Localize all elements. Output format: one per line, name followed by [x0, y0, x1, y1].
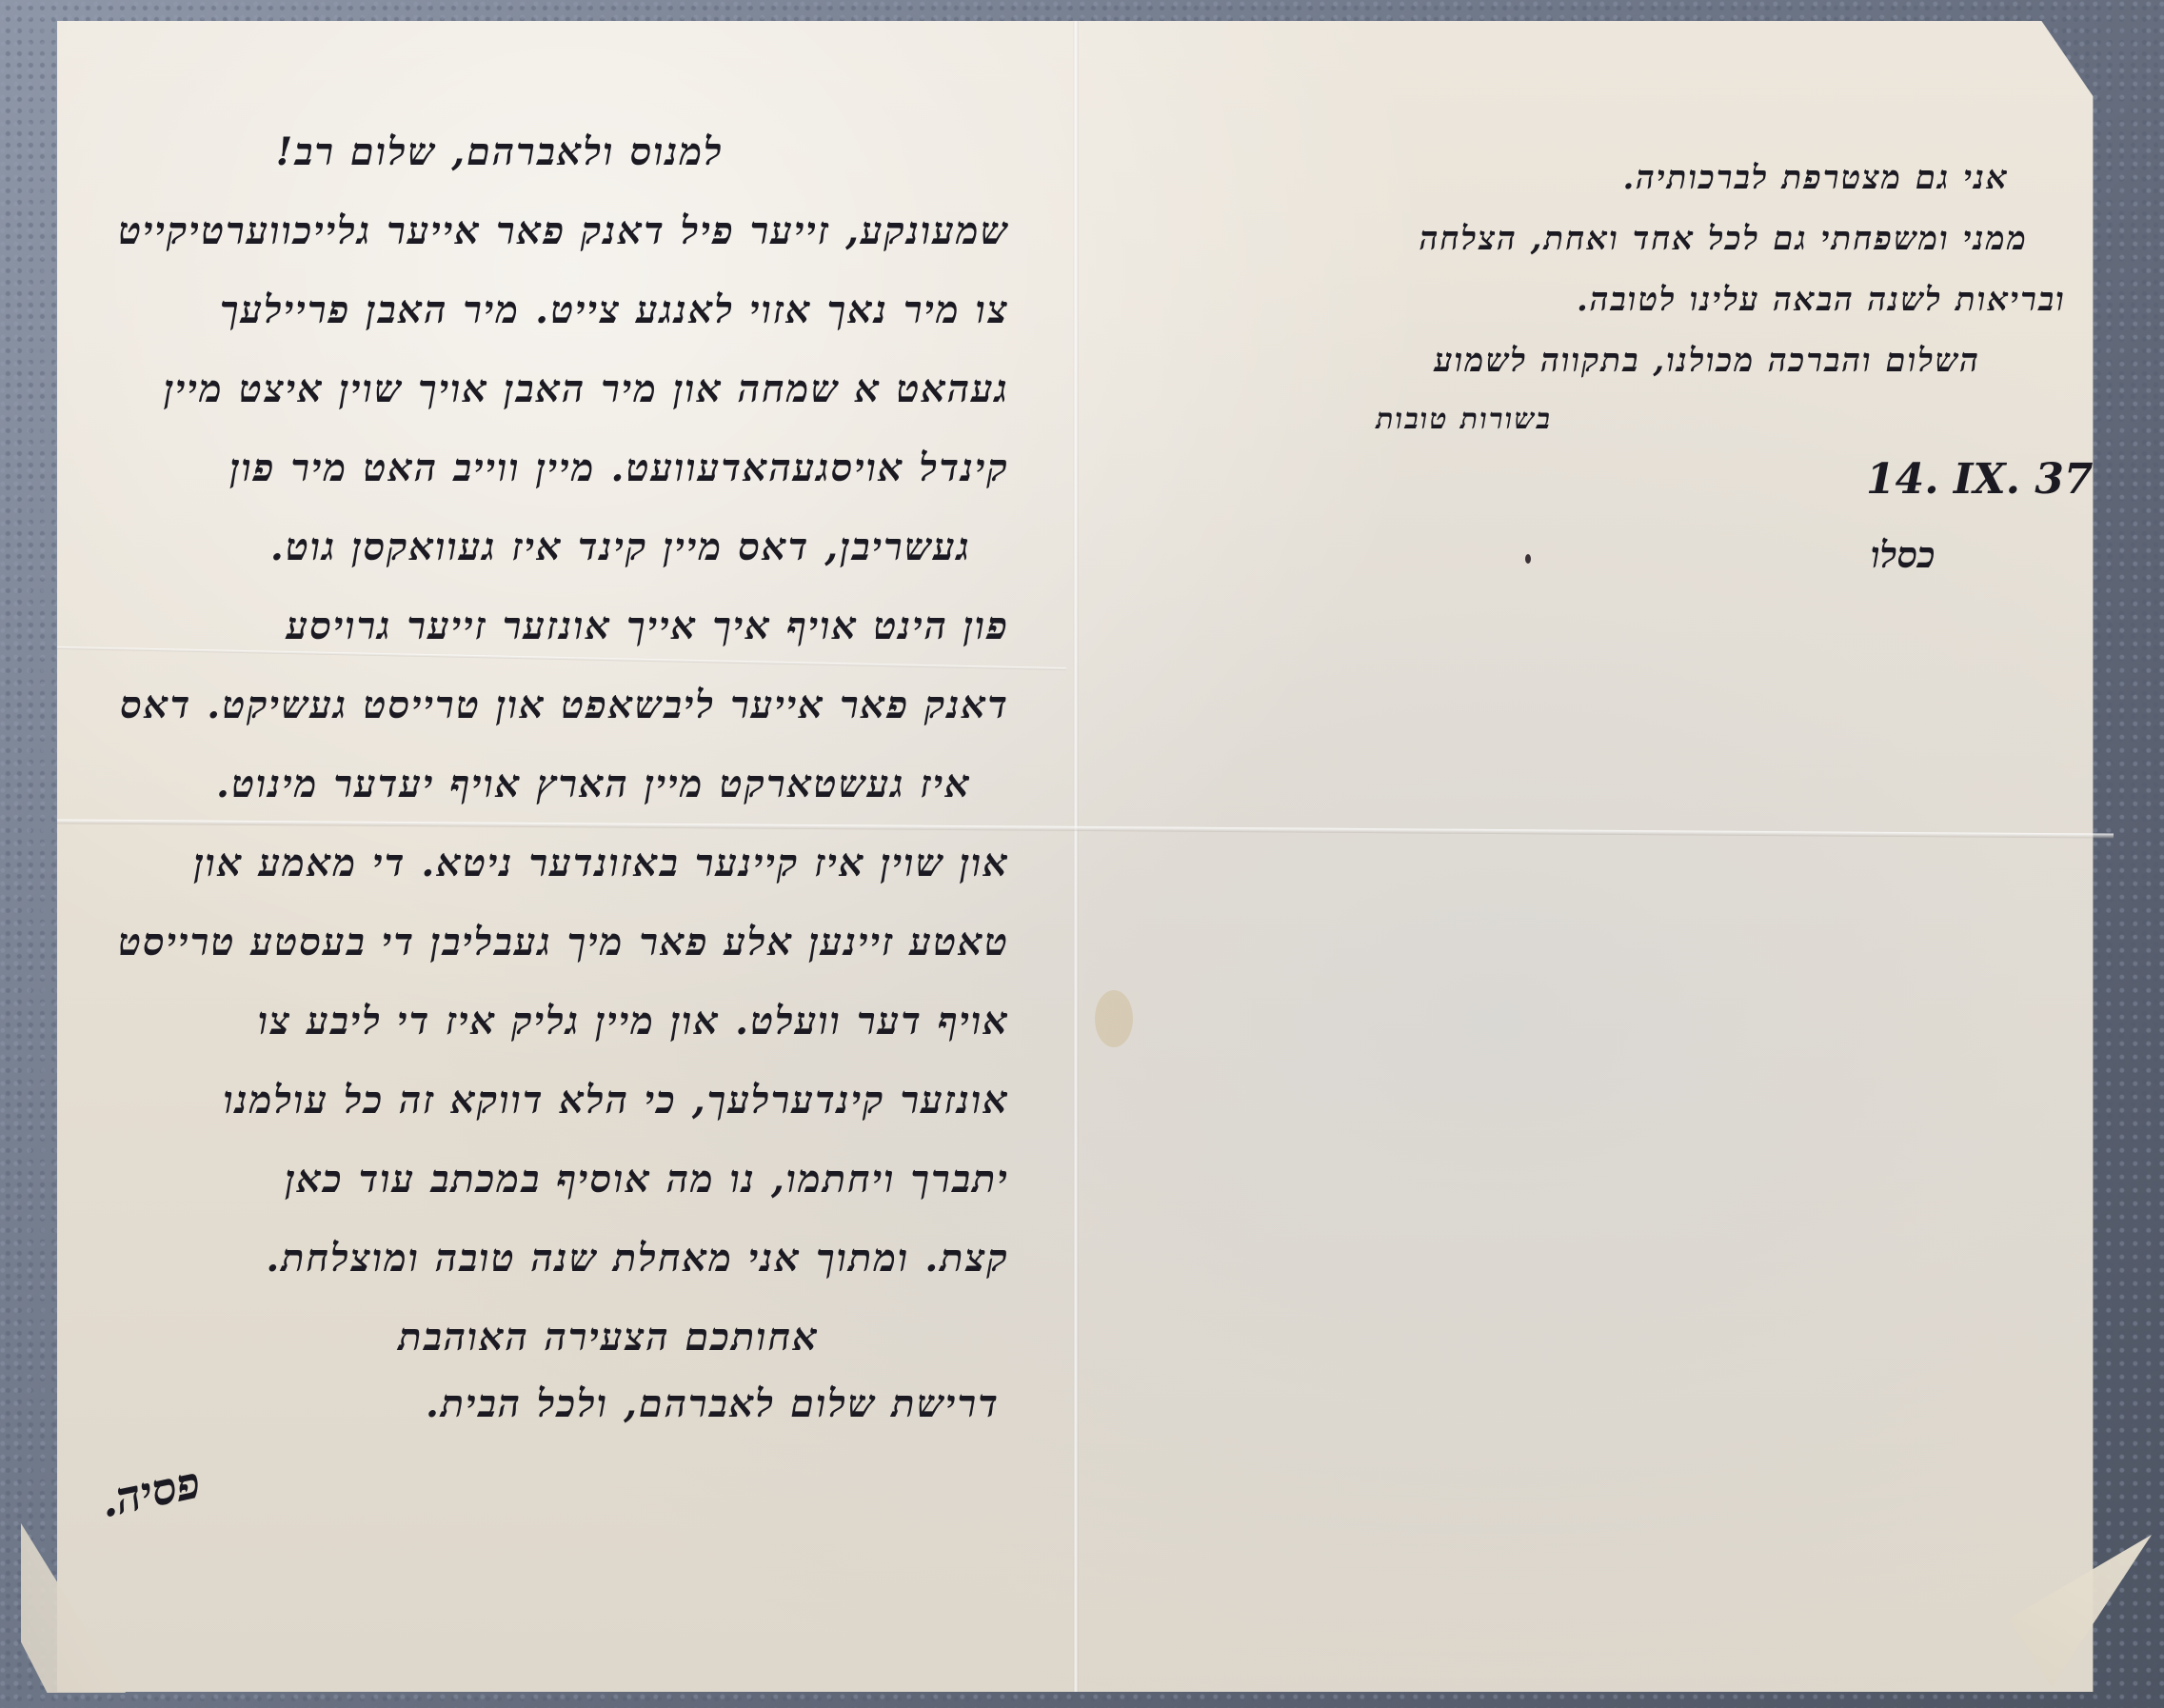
closing-note: דרישת שלום לאברהם, ולכל הבית. — [95, 1385, 1009, 1464]
letter-line: אני גם מצטרפת לברכותיה. — [1171, 162, 2066, 223]
letter-line: קצת. ומתוך אני מאחלת שנה טובה ומוצלחת. — [95, 1240, 1009, 1319]
letter-line: און שוין איז קיינער באזונדער ניטא. די מא… — [95, 844, 1009, 924]
letter-date: 14. IX. 37 — [1866, 455, 2093, 504]
letter-line: צו מיר נאך אזוי לאנגע צייט. מיר האבן פרי… — [95, 291, 1009, 370]
letter-line: שמעונקע, זייער פיל דאנק פאר אייער גלייכו… — [95, 212, 1009, 291]
letter-line: טאטע זיינען אלע פאר מיך געבליבן די בעסטע… — [95, 924, 1009, 1003]
letter-line: געשריבן, דאס מיין קינד איז געוואקסן גוט. — [95, 528, 1009, 607]
letter-line: יתברך ויחתמו, נו מה אוסיף במכתב עוד כאן — [95, 1161, 1009, 1240]
letter-line: קינדל אויסגעהאדעוועט. מיין ווייב האט מיר… — [95, 449, 1009, 528]
letter-line: פון הינט אויף איך אייך אונזער זייער גרוי… — [95, 607, 1009, 686]
paper-stain — [1095, 990, 1133, 1047]
greeting: למנוס ולאברהם, שלום רב! — [95, 133, 1009, 212]
letter-line: השלום והברכה מכולנו, בתקווה לשמוע — [1171, 345, 2066, 406]
ink-dot — [1525, 554, 1531, 564]
vertical-fold-crease — [1073, 21, 1079, 1692]
right-page-text: אני גם מצטרפת לברכותיה. ממני ומשפחתי גם … — [1171, 162, 2066, 440]
letter-line: אונזער קינדערלעך, כי הלא דווקא זה כל עול… — [95, 1082, 1009, 1161]
letter-line: בשורות טובות — [1171, 406, 2066, 440]
left-page-text: למנוס ולאברהם, שלום רב! שמעונקע, זייער פ… — [95, 133, 1009, 1464]
letter-line: איז געשטארקט מיין הארץ אויף יעדער מינוט. — [95, 765, 1009, 844]
letter-line: ממני ומשפחתי גם לכל אחד ואחת, הצלחה — [1171, 223, 2066, 284]
letter-line: דאנק פאר אייער ליבשאפט און טרייסט געשיקט… — [95, 686, 1009, 765]
letter-line: געהאט א שמחה און מיר האבן אויך שוין איצט… — [95, 370, 1009, 449]
letter-place: כסלו — [1871, 533, 1936, 577]
closing: אחותכם הצעירה האוהבת — [95, 1319, 1009, 1385]
letter-line: אויף דער וועלט. און מיין גליק איז די ליב… — [95, 1003, 1009, 1082]
letter-line: ובריאות לשנה הבאה עלינו לטובה. — [1171, 284, 2066, 345]
